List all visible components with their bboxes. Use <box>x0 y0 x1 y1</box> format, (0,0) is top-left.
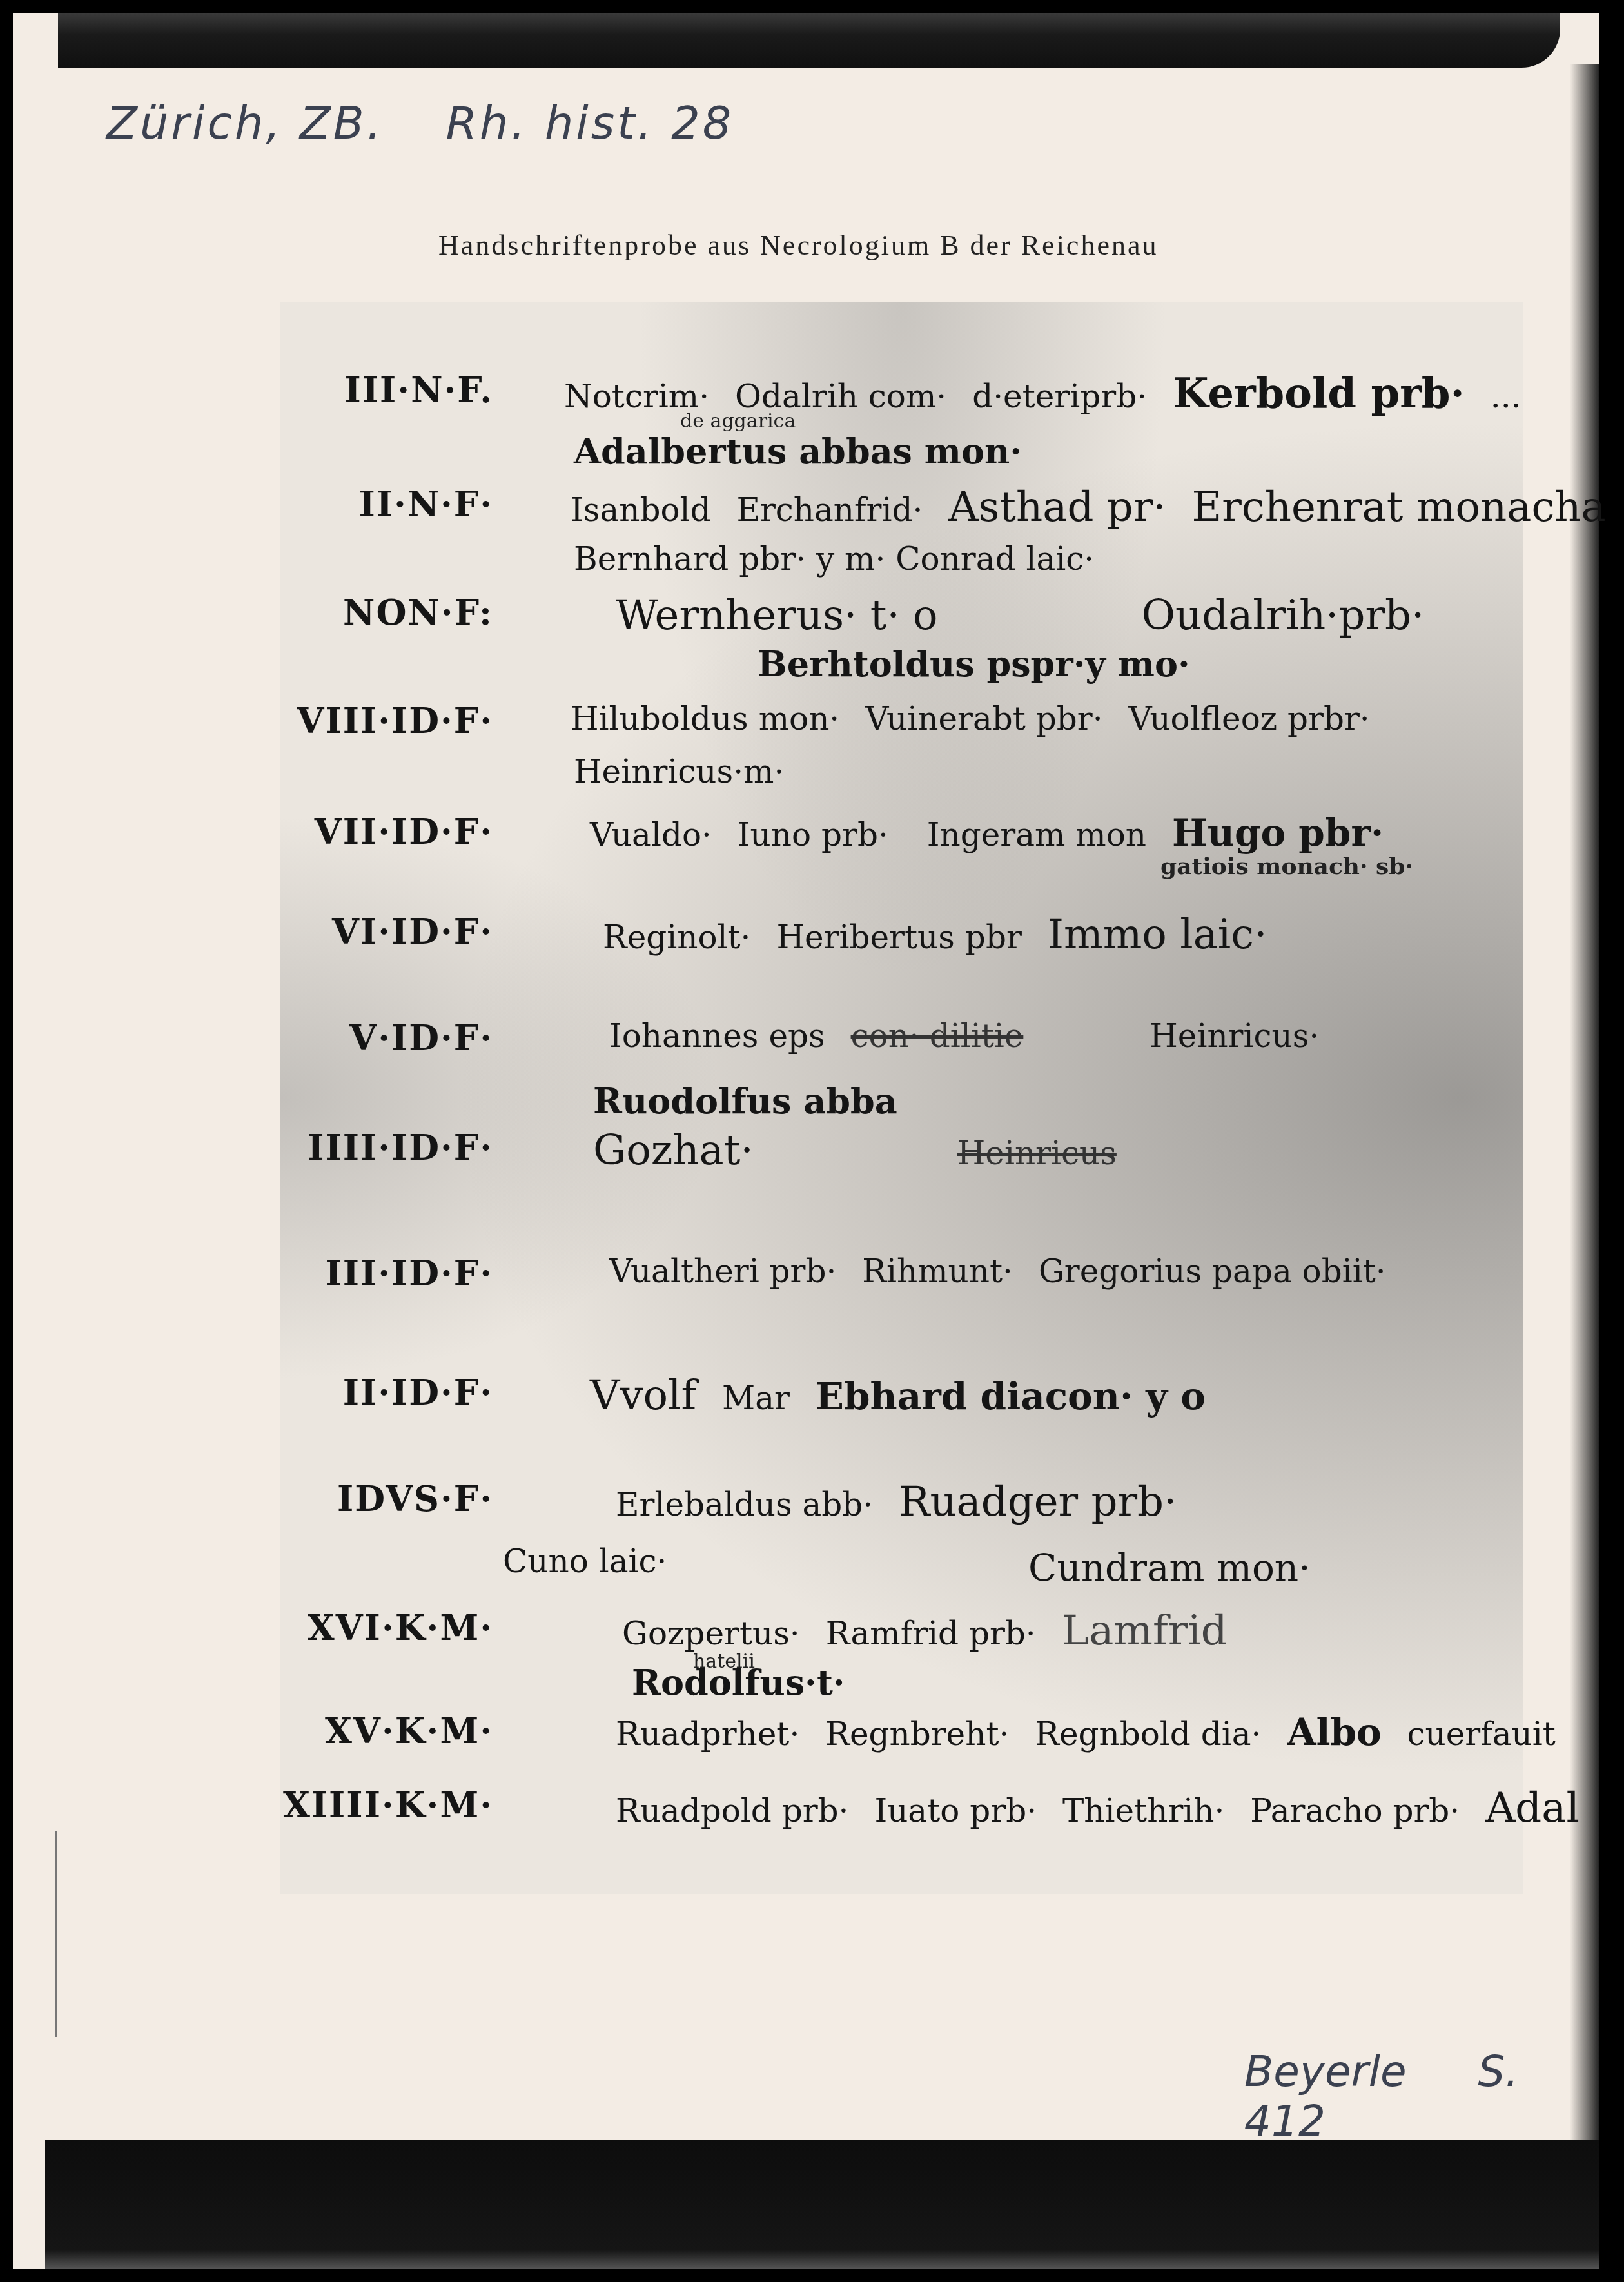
handwritten-shelfmark: Zürich, ZB. Rh. hist. 28 <box>106 97 779 150</box>
entry: Reginolt· <box>603 919 751 956</box>
manuscript-plate: III·N·F. Notcrim· Odalrih com· d·eteripr… <box>280 302 1523 1894</box>
row-date: VII·ID·F· <box>280 811 493 852</box>
row-subentry: Adalbertus abbas mon· <box>574 431 1022 472</box>
row-subentry: Heinricus·m· <box>574 753 784 790</box>
entry: ... <box>1491 378 1521 415</box>
entry: Kerbold prb· <box>1173 369 1465 418</box>
entry: Gozpertus· <box>622 1615 800 1652</box>
row-date: III·ID·F· <box>280 1253 493 1294</box>
entry: Iuato prb· <box>874 1792 1037 1829</box>
row-subentry: Cuno laic· <box>503 1543 667 1580</box>
entry: Rihmunt· <box>862 1253 1013 1290</box>
handwritten-reference: Beyerle S. 412 <box>1244 2047 1599 2146</box>
entry: Iuno prb· <box>738 816 888 853</box>
row-date: V·ID·F· <box>280 1017 493 1058</box>
row-entries: Wernherus· t· o Oudalrih·prb· <box>616 592 1440 639</box>
scan-shadow-bottom <box>45 2140 1599 2269</box>
row-subentry: Rodolfus·t· <box>632 1662 845 1703</box>
row-date: VIII·ID·F· <box>280 700 493 741</box>
entry: Vuolfleoz prbr· <box>1129 700 1370 737</box>
entry-struck: con· dilitie <box>851 1017 1024 1055</box>
entry: Thiethrih· <box>1062 1792 1224 1829</box>
entry: Vualdo· <box>590 816 712 853</box>
row-subentry: Berhtoldus pspr·y mo· <box>758 643 1190 685</box>
entry: Paracho prb· <box>1250 1792 1460 1829</box>
entry: Ebhard diacon· y o <box>816 1374 1206 1418</box>
entry: Ruadprhet· <box>616 1715 799 1753</box>
row-date: IIII·ID·F· <box>280 1127 493 1168</box>
row-date: XVI·K·M· <box>280 1607 493 1648</box>
row-subentry: Bernhard pbr· y m· Conrad laic· <box>574 540 1094 578</box>
handwritten-author: Beyerle <box>1244 2047 1407 2096</box>
row-entries: Erlebaldus abb· Ruadger prb· <box>616 1478 1192 1526</box>
row-entries: Vvolf Mar Ebhard diacon· y o <box>590 1372 1221 1419</box>
row-entries: Vualdo· Iuno prb· Ingeram mon Hugo pbr· <box>590 811 1399 855</box>
scan-shadow-right <box>1570 64 1599 2147</box>
row-date: XIIII·K·M· <box>280 1784 493 1826</box>
page-caption: Handschriftenprobe aus Necrologium B der… <box>438 229 1158 262</box>
entry: Ramfrid prb· <box>826 1615 1036 1652</box>
entry: Hiluboldus mon· <box>571 700 839 737</box>
row-date: VI·ID·F· <box>280 911 493 952</box>
row-subentry-right: Cundram mon· <box>1028 1546 1311 1590</box>
row-date: NON·F: <box>280 592 493 633</box>
handwritten-place: Zürich, ZB. <box>106 97 384 150</box>
row-entries: Gozpertus· Ramfrid prb· Lamfrid <box>622 1607 1243 1655</box>
entry: Gregorius papa obiit· <box>1039 1253 1386 1290</box>
entry: Lamfrid <box>1062 1607 1228 1655</box>
row-date: IDVS·F· <box>280 1478 493 1519</box>
entry: Asthad pr· <box>948 483 1166 531</box>
entry-struck: Heinricus <box>957 1135 1117 1172</box>
interlinear-gloss: gatiois monach· sb· <box>1160 853 1413 880</box>
entry: Heribertus pbr <box>776 919 1021 956</box>
row-entries: Iohannes eps con· dilitie Heinricus· <box>609 1017 1335 1055</box>
row-entries: Ruadpold prb· Iuato prb· Thiethrih· Para… <box>616 1784 1595 1832</box>
entry: Ingeram mon <box>927 816 1146 853</box>
row-entries: Reginolt· Heribertus pbr Immo laic· <box>603 911 1283 959</box>
entry: Ruadger prb· <box>899 1478 1177 1526</box>
entry: Ruadpold prb· <box>616 1792 848 1829</box>
entry: Erchenrat monacha <box>1192 483 1606 531</box>
row-date: XV·K·M· <box>280 1710 493 1751</box>
row-date: II·N·F· <box>280 483 493 525</box>
entry: Vualtheri prb· <box>609 1253 836 1290</box>
entry: Hugo pbr· <box>1172 811 1384 855</box>
entry: Wernherus· t· o <box>616 592 938 639</box>
entry: Vuinerabt pbr· <box>865 700 1102 737</box>
page-edge-line <box>55 1831 57 2037</box>
scan-shadow-top <box>58 13 1560 68</box>
row-entries: Vualtheri prb· Rihmunt· Gregorius papa o… <box>609 1253 1402 1290</box>
book-page: Zürich, ZB. Rh. hist. 28 Handschriftenpr… <box>13 13 1599 2269</box>
row-entries: Ruadprhet· Regnbreht· Regnbold dia· Albo… <box>616 1710 1571 1754</box>
interlinear-gloss: de aggarica <box>680 410 796 433</box>
row-date: II·ID·F· <box>280 1372 493 1413</box>
entry: Iohannes eps <box>609 1017 825 1055</box>
row-entries: Gozhat· Heinricus <box>593 1127 1132 1175</box>
row-entries: Hiluboldus mon· Vuinerabt pbr· Vuolfleoz… <box>571 700 1385 737</box>
row-date: III·N·F. <box>280 369 493 411</box>
entry: Erchanfrid· <box>736 491 923 529</box>
entry: d·eteriprb· <box>972 378 1147 415</box>
entry: Albo <box>1287 1710 1381 1754</box>
entry: Immo laic· <box>1048 911 1267 959</box>
entry: Regnbold dia· <box>1035 1715 1261 1753</box>
entry: Isanbold <box>571 491 711 529</box>
entry: Regnbreht· <box>825 1715 1009 1753</box>
entry: Adal <box>1485 1784 1580 1832</box>
row-entries: Isanbold Erchanfrid· Asthad pr· Erchenra… <box>571 483 1621 531</box>
entry: Mar <box>722 1380 790 1417</box>
handwritten-signature: Rh. hist. 28 <box>445 97 734 150</box>
entry: Oudalrih·prb· <box>1142 592 1425 639</box>
row-subentry: Ruodolfus abba <box>593 1080 897 1122</box>
entry: Heinricus· <box>1150 1017 1319 1055</box>
entry: Vvolf <box>590 1372 696 1419</box>
entry: cuerfauit <box>1407 1715 1556 1753</box>
entry: Gozhat· <box>593 1127 754 1175</box>
entry: Erlebaldus abb· <box>616 1486 873 1523</box>
